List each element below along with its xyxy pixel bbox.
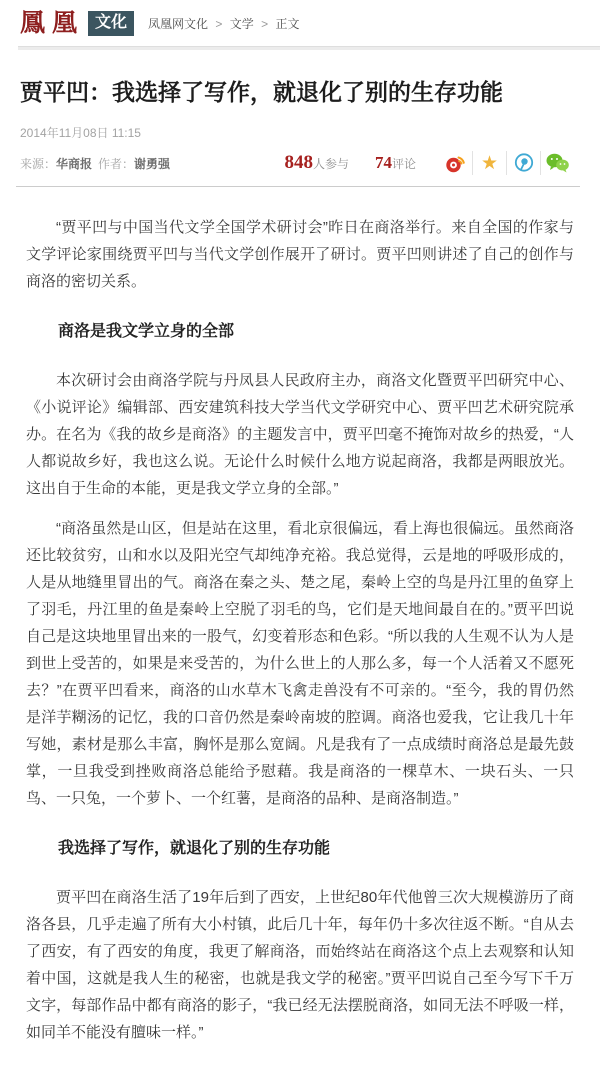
breadcrumb-current: 正文: [275, 17, 299, 31]
article-stats: 848人参与 74评论: [284, 152, 416, 174]
culture-channel-badge[interactable]: 文化: [88, 11, 134, 36]
wechat-icon: [545, 152, 570, 174]
section-heading: 我选择了写作，就退化了别的生存功能: [26, 835, 574, 862]
participants-count: 848: [284, 152, 313, 173]
comments-label: 评论: [392, 157, 416, 171]
breadcrumb: 凤凰网文化 > 文学 > 正文: [148, 15, 299, 32]
source-line: 来源：华商报作者：谢勇强: [20, 155, 176, 172]
article-meta-row: 来源：华商报作者：谢勇强 848人参与 74评论: [20, 150, 574, 176]
article-title: 贾平凹：我选择了写作，就退化了别的生存功能: [20, 76, 574, 109]
breadcrumb-separator: >: [215, 17, 222, 31]
content-top-border: [18, 46, 600, 50]
qzone-star-icon: ★: [481, 154, 498, 173]
article-container: 贾平凹：我选择了写作，就退化了别的生存功能 2014年11月08日 11:15 …: [0, 76, 600, 1079]
participants-label: 人参与: [313, 157, 349, 171]
comments-count: 74: [375, 153, 392, 172]
article-paragraph: “贾平凹与中国当代文学全国学术研讨会”昨日在商洛举行。来自全国的作家与文学评论家…: [26, 214, 574, 295]
comments-stat[interactable]: 74评论: [375, 153, 416, 173]
section-heading: 商洛是我文学立身的全部: [26, 318, 574, 345]
article-paragraph: 本次研讨会由商洛学院与丹凤县人民政府主办，商洛文化暨贾平凹研究中心、《小说评论》…: [26, 367, 574, 502]
author-label: 作者：: [98, 157, 134, 171]
wechat-share-button[interactable]: [540, 151, 574, 175]
source-name[interactable]: 华商报: [56, 157, 92, 171]
tencent-weibo-share-button[interactable]: [506, 151, 540, 175]
sina-weibo-icon: [444, 152, 467, 174]
phoenix-logo[interactable]: 鳳凰: [20, 11, 84, 36]
article-page: 鳳凰 文化 凤凰网文化 > 文学 > 正文 贾平凹：我选择了写作，就退化了别的生…: [0, 0, 600, 1079]
participants-stat[interactable]: 848人参与: [284, 152, 349, 174]
tencent-weibo-icon: [513, 152, 535, 174]
site-header: 鳳凰 文化 凤凰网文化 > 文学 > 正文: [0, 0, 600, 46]
article-paragraph: 贾平凹在商洛生活了19年后到了西安，上世纪80年代他曾三次大规模游历了商洛各县，…: [26, 884, 574, 1046]
breadcrumb-separator: >: [261, 17, 268, 31]
source-label: 来源：: [20, 157, 56, 171]
qzone-share-button[interactable]: ★: [472, 151, 506, 175]
breadcrumb-literature[interactable]: 文学: [230, 17, 254, 31]
publish-date: 2014年11月08日 11:15: [20, 124, 574, 141]
sina-weibo-share-button[interactable]: [438, 151, 472, 175]
article-body: “贾平凹与中国当代文学全国学术研讨会”昨日在商洛举行。来自全国的作家与文学评论家…: [26, 187, 574, 1079]
share-bar: ★: [438, 151, 574, 175]
author-name: 谢勇强: [134, 157, 170, 171]
breadcrumb-home[interactable]: 凤凰网文化: [148, 17, 208, 31]
